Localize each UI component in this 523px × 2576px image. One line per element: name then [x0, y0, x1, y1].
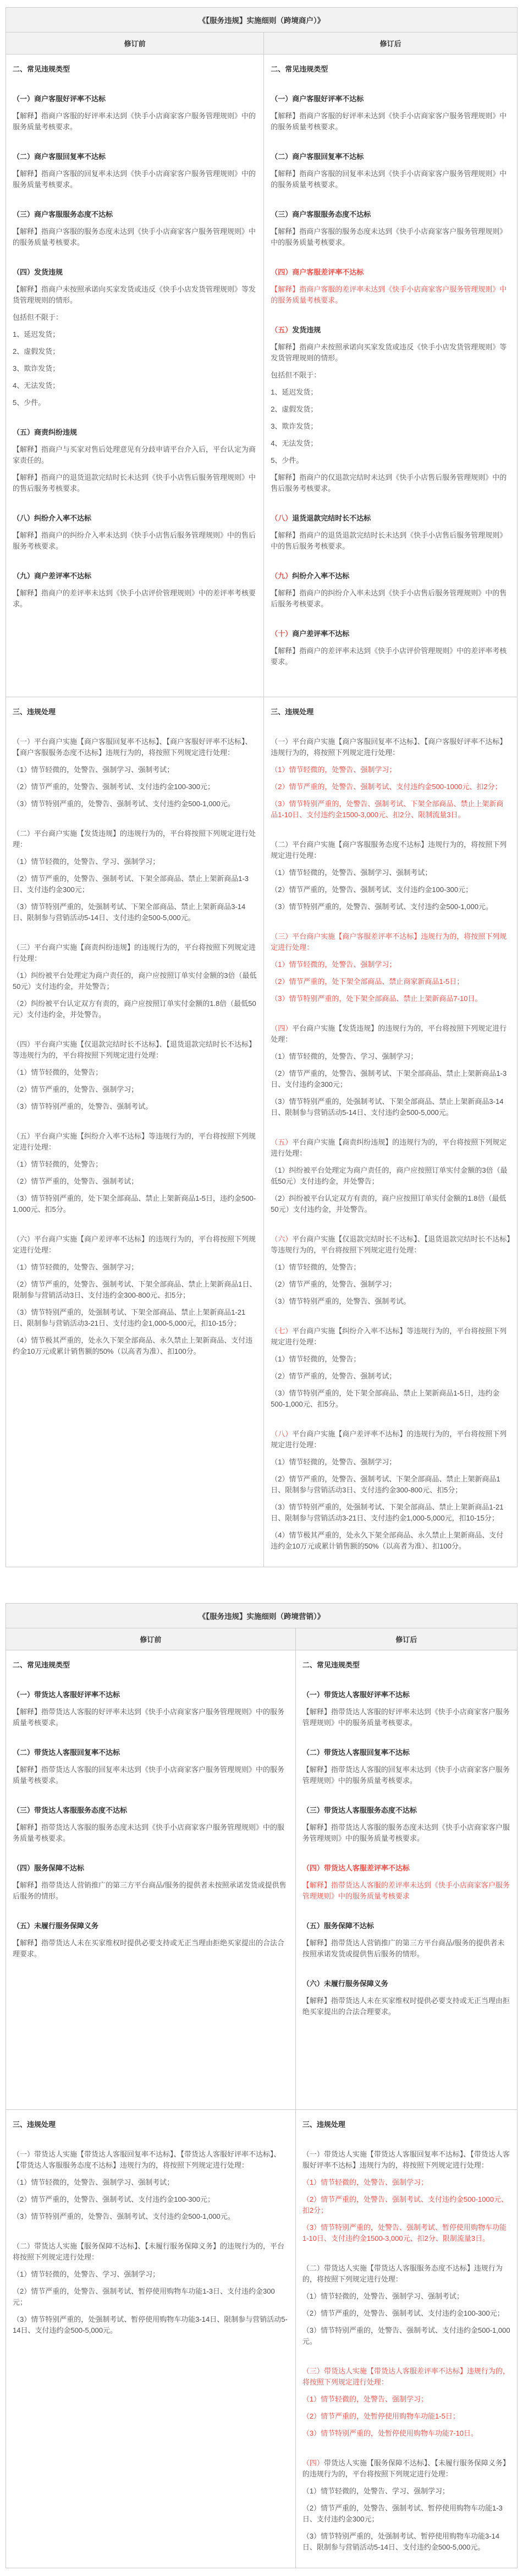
rule-paragraph: 【解释】指带货达人客服的服务态度未达到《快手小店商家客户服务管理规则》中的服务质…: [302, 1822, 510, 1844]
text-run: （2）情节严重的，处警告、强制考试、支付违约金500-1000元、扣2分；: [302, 2195, 508, 2214]
rule-paragraph: （2）情节严重的，处警告、强制考试、暂停使用购物车功能1-3日、支付违约金300…: [302, 2503, 510, 2525]
text-run: （4）情节极其严重的，处永久下架全部商品、永久禁止上架新商品、支付违约金10万元…: [271, 1531, 503, 1550]
rule-paragraph: （2）情节严重的，处暂停使用购物车功能1-5日；: [302, 2411, 510, 2422]
text-run: 2、虚假发货；: [13, 347, 59, 356]
rule-heading: 二、常见违规类型: [13, 64, 257, 75]
text-run: （2）情节严重的，处下架全部商品、禁止商家新商品1-5日；: [271, 977, 464, 986]
rule-paragraph: （2）情节严重的，处警告、强制考试、下架全部商品、禁止上架新商品1日、限制参与营…: [13, 1279, 257, 1301]
text-run: （四）商户客服差评率不达标: [271, 268, 364, 276]
rule-paragraph: （二）平台商户实施【发货违规】的违规行为的，平台将按照下列规定进行处理：: [13, 828, 257, 850]
rule-paragraph: （2）情节严重的，处警告、强制考试；: [271, 1371, 510, 1382]
rule-paragraph: 【解释】指商户的纠纷介入率未达到《快手小店售后服务管理规则》中的售后服务考核要求…: [13, 530, 257, 552]
text-run: （2）情节严重的，处警告、强制考试、暂停使用购物车功能1-3日、支付违约金300…: [13, 2287, 275, 2306]
rule-heading: （九）纠纷介入率不达标: [271, 571, 510, 582]
rule-heading: （四）服务保障不达标: [13, 1863, 289, 1874]
text-run: 二、常见违规类型: [13, 1661, 70, 1669]
text-run: 【解释】指商户的差评率未达到《快手小店评价管理规则》中的差评率考核要求。: [271, 647, 507, 666]
rule-paragraph: （二）带货达人实施【服务保障不达标】、【未履行服务保障义务】的违规行为的，平台将…: [13, 2241, 289, 2263]
text-run: （3）情节特别严重的，处下架全部商品、禁止上架新商品1-5日，违约金500-1,…: [271, 1389, 499, 1408]
rule-paragraph: （1）情节轻微的，处警告、强制学习；: [271, 959, 510, 970]
text-run: 【解释】指商户客服的好评率未达到《快手小店商家客户服务管理规则》中的服务质量考核…: [13, 112, 256, 131]
rule-paragraph: 【解释】指带货达人客服的差评率未达到《快手小店商家客户服务管理规则》中的服务质量…: [302, 1880, 510, 1902]
rule-paragraph: （1）情节轻微的，处警告、强制学习；: [302, 2394, 510, 2405]
text-run: （五）平台商户实施【纠纷介入率不达标】等违规行为的，平台将按照下列规定进行处理：: [13, 1132, 256, 1151]
rule-paragraph: （3）情节特别严重的，处暂停使用购物车功能7-10日。: [302, 2428, 510, 2439]
text-run: 【解释】指商户客服的回复率未达到《快手小店商家客户服务管理规则》中的服务质量考核…: [13, 169, 256, 189]
text-run: （3）情节特别严重的，处警告、强制考试、支付违约金500-1,000元。: [13, 2212, 235, 2220]
rule-paragraph: （一）带货达人实施【带货达人客服回复率不达标】、【带货达人客服好评率不达标】违规…: [302, 2149, 510, 2171]
rule-paragraph: （六）平台商户实施【仅退款完结时长不达标】、【退货退款完结时长不达标】等违规行为…: [271, 1234, 510, 1256]
text-run: 包括但不限于：: [13, 313, 63, 321]
before-cell: 三、违规处理（一）带货达人实施【带货达人客服回复率不达标】、【带货达人客服好评率…: [6, 2110, 295, 2568]
text-run: 二、常见违规类型: [271, 65, 328, 73]
before-cell: 三、违规处理（一）平台商户实施【商户客服回复率不达标】、【商户客服好评率不达标】…: [6, 697, 263, 1567]
revision-table-cross-border-marketing: 《【服务违规】实施细则（跨境营销）》 修订前 修订后 二、常见违规类型（一）带货…: [5, 1603, 518, 2568]
rule-paragraph: （2）情节严重的，处警告、强制考试、下架全部商品、禁止上架新商品1-3日、支付违…: [13, 873, 257, 895]
text-run: （四）带货达人客服差评率不达标: [302, 1864, 410, 1872]
text-run: （八）: [271, 1430, 292, 1438]
rule-paragraph: （2）情节严重的，处警告、强制考试、支付违约金500-1000元、扣2分；: [271, 781, 510, 792]
rule-heading: （六）未履行服务保障义务: [302, 1978, 510, 1989]
rule-heading: （三）商户客服服务态度不达标: [13, 209, 257, 220]
rule-paragraph: （2）纠纷被平台认定双方有责的，商户应按照订单实付金额的1.8倍（最低50元）支…: [13, 998, 257, 1020]
rule-paragraph: （3）情节特别严重的，处强制考试、暂停使用购物车功能3-14日、限制参与营销活动…: [302, 2531, 510, 2553]
rule-heading: （五）未履行服务保障义务: [13, 1921, 289, 1932]
after-cell: 二、常见违规类型（一）带货达人客服好评率不达标【解释】指带货达人客服的好评率未达…: [295, 1650, 517, 2109]
text-run: （1）情节轻微的，处警告、强制学习、强制考试；: [271, 868, 432, 877]
text-run: （2）情节严重的，处警告、强制考试、下架全部商品、禁止上架新商品1-3日、支付违…: [271, 1069, 507, 1089]
rule-paragraph: 【解释】指带货达人客服的好评率未达到《快手小店商家客户服务管理规则》中的服务质量…: [13, 1707, 289, 1729]
rule-paragraph: （3）情节特别严重的，处警告、强制考试、下架全部商品、禁止上架新商品1-10日、…: [271, 798, 510, 821]
text-run: （九）: [271, 572, 292, 580]
text-run: 【解释】指带货达人未在买家维权时提供必要支持或无正当理由拒绝买家提出的合法合理要…: [13, 1939, 284, 1958]
text-run: 【解释】指带货达人营销推广的第三方平台商品/服务的提供者未按照承诺发货或提供售后…: [13, 1881, 287, 1900]
rule-heading: （十）商户差评率不达标: [271, 628, 510, 639]
text-run: （十）: [271, 630, 292, 638]
rule-paragraph: （3）情节特别严重的，处警告、强制考试。: [271, 1296, 510, 1307]
rule-paragraph: （六）平台商户实施【商户差评率不达标】的违规行为的，平台将按照下列规定进行处理：: [13, 1234, 257, 1256]
rule-paragraph: 【解释】指带货达人客服的回复率未达到《快手小店商家客户服务管理规则》中的服务质量…: [13, 1764, 289, 1786]
rule-paragraph: 4、无法发货；: [13, 380, 257, 391]
rule-paragraph: （2）情节严重的，处警告、强制考试；: [13, 1176, 257, 1187]
text-run: 平台商户实施【商责纠纷违规】的违规行为的，平台将按照下列规定进行处理：: [271, 1138, 507, 1157]
rule-paragraph: （4）情节极其严重的，处永久下架全部商品、永久禁止上架新商品、支付违约金10万元…: [271, 1530, 510, 1552]
text-run: （三）商户客服服务态度不达标: [13, 210, 113, 218]
rule-paragraph: （五）平台商户实施【商责纠纷违规】的违规行为的，平台将按照下列规定进行处理：: [271, 1137, 510, 1159]
rule-paragraph: （3）情节特别严重的，处下架全部商品、禁止上架新商品1-5日，违约金500-1,…: [271, 1388, 510, 1410]
rule-paragraph: 2、虚假发货；: [271, 404, 510, 415]
text-run: （三）带货达人客服服务态度不达标: [302, 1806, 417, 1814]
rule-paragraph: （1）纠纷被平台处理定为商户责任的，商户应按照订单实付金额的3倍（最低50元）支…: [13, 970, 257, 992]
rule-paragraph: （1）情节轻微的，处警告；: [13, 1067, 257, 1078]
text-run: （1）情节轻微的，处警告、强制学习；: [271, 1458, 396, 1466]
text-run: （二）平台商户实施【商户客服服务态度不达标】违规行为的，将按照下列规定进行处理：: [271, 840, 507, 860]
text-run: 纠纷介入率不达标: [292, 572, 349, 580]
text-run: （3）情节特别严重的，处警告、强制考试、暂停使用购物车功能1-10日、支付违约金…: [302, 2223, 507, 2243]
rule-paragraph: 【解释】指商户客服的好评率未达到《快手小店商家客户服务管理规则》中的服务质量考核…: [13, 111, 257, 133]
text-run: 发货违规: [292, 326, 321, 334]
text-run: （四）发货违规: [13, 268, 63, 276]
rule-paragraph: （2）情节严重的，处警告、强制学习；: [13, 1084, 257, 1095]
text-run: （3）情节特别严重的，处强制考试、暂停使用购物车功能3-14日、限制参与营销活动…: [13, 2315, 288, 2334]
rule-paragraph: 【解释】指商户未按照承诺向买家发货或违反《快手小店发货管理规则》等发货管理规则的…: [271, 342, 510, 364]
text-run: 带货达人实施【服务保障不达标】、【未履行服务保障义务】的违规行为的，平台将按照下…: [302, 2459, 510, 2478]
rule-paragraph: 【解释】指商户的差评率未达到《快手小店评价管理规则》中的差评率考核要求。: [13, 588, 257, 610]
rule-paragraph: （2）情节严重的，处警告、强制考试、支付违约金100-300元；: [302, 2308, 510, 2319]
text-run: （2）情节严重的，处警告、强制学习；: [13, 1085, 138, 1093]
rule-paragraph: （1）情节轻微的，处警告；: [271, 1262, 510, 1273]
rule-paragraph: （3）情节特别严重的，处警告、强制考试、支付违约金500-1,000元。: [271, 901, 510, 912]
text-run: 【解释】指商户客服的回复率未达到《快手小店商家客户服务管理规则》中的服务质量考核…: [271, 169, 507, 189]
rule-paragraph: （2）情节严重的，处警告、强制考试、支付违约金500-1000元、扣2分；: [302, 2194, 510, 2216]
rule-paragraph: （1）情节轻微的，处警告；: [271, 1354, 510, 1365]
rule-paragraph: 【解释】指商户客服的回复率未达到《快手小店商家客户服务管理规则》中的服务质量考核…: [271, 168, 510, 190]
text-run: （七）: [271, 1327, 292, 1335]
after-cell: 三、违规处理（一）带货达人实施【带货达人客服回复率不达标】、【带货达人客服好评率…: [295, 2110, 517, 2568]
column-header-after: 修订后: [295, 1628, 517, 1650]
text-run: （四）: [271, 1024, 292, 1032]
text-run: 【解释】指带货达人营销推广的第三方平台商品/服务的提供者未按照承诺发货或提供售后…: [302, 1939, 505, 1958]
text-run: （二）带货达人客服回复率不达标: [13, 1748, 120, 1757]
text-run: （八）: [271, 514, 292, 522]
text-run: 【解释】指带货达人客服的回复率未达到《快手小店商家客户服务管理规则》中的服务质量…: [13, 1765, 284, 1785]
rule-paragraph: （三）平台商户实施【商责纠纷违规】的违规行为的，平台将按照下列规定进行处理：: [13, 942, 257, 964]
text-run: 【解释】指商户客服的服务态度未达到《快手小店商家客户服务管理规则》中的服务质量考…: [13, 227, 256, 247]
before-cell: 二、常见违规类型（一）商户客服好评率不达标【解释】指商户客服的好评率未达到《快手…: [6, 54, 263, 697]
rule-heading: （三）商户客服服务态度不达标: [271, 209, 510, 220]
table-title: 《【服务违规】实施细则（跨境营销）》: [6, 1604, 517, 1628]
rule-paragraph: （3）情节特别严重的，处警告、强制考试、支付违约金500-1,000元。: [302, 2325, 510, 2347]
rule-paragraph: （1）情节轻微的，处警告、学习、强制学习；: [271, 1051, 510, 1062]
text-run: 商户差评率不达标: [292, 630, 349, 638]
text-run: （1）情节轻微的，处警告；: [13, 1068, 102, 1076]
rule-paragraph: 2、虚假发货；: [13, 346, 257, 357]
text-run: 1、延迟发货；: [271, 388, 317, 396]
rule-paragraph: 【解释】指商户的退货退款完结时长未达到《快手小店售后服务管理规则》中的售后服务考…: [271, 530, 510, 552]
rule-paragraph: 【解释】指带货达人客服的服务态度未达到《快手小店商家客户服务管理规则》中的服务质…: [13, 1822, 289, 1844]
rule-heading: 三、违规处理: [302, 2119, 510, 2130]
rule-paragraph: 【解释】指商户客服的回复率未达到《快手小店商家客户服务管理规则》中的服务质量考核…: [13, 168, 257, 190]
column-header-before: 修订前: [6, 1628, 295, 1650]
rule-paragraph: （2）纠纷被平台认定双方有责的，商户应按照订单实付金额的1.8倍（最低50元）支…: [271, 1193, 510, 1215]
text-run: 平台商户实施【发货违规】的违规行为的，平台将按照下列规定进行处理：: [271, 1024, 507, 1043]
text-run: （一）商户客服好评率不达标: [13, 95, 106, 103]
table-title: 《【服务违规】实施细则（跨境商户）》: [6, 8, 517, 32]
rule-heading: （八）纠纷介入率不达标: [13, 513, 257, 524]
text-run: 【解释】指商户的差评率未达到《快手小店评价管理规则》中的差评率考核要求。: [13, 589, 256, 608]
rule-paragraph: （2）情节严重的，处警告、强制考试、支付违约金100-300元；: [271, 884, 510, 895]
text-run: （1）情节轻微的，处警告、学习、强制学习；: [302, 2487, 449, 2495]
rule-paragraph: （八）平台商户实施【商户差评率不达标】的违规行为的，平台将按照下列规定进行处理：: [271, 1429, 510, 1451]
text-run: （1）情节轻微的，处警告、学习、强制学习；: [271, 1052, 417, 1060]
rule-paragraph: （3）情节特别严重的，处下架全部商品、禁止上架新商品1-5日，违约金500-1,…: [13, 1193, 257, 1215]
text-run: 退货退款完结时长不达标: [292, 514, 371, 522]
rule-paragraph: （2）情节严重的，处警告、强制学习；: [271, 1279, 510, 1290]
before-cell: 二、常见违规类型（一）带货达人客服好评率不达标【解释】指带货达人客服的好评率未达…: [6, 1650, 295, 2109]
rule-heading: （一）商户客服好评率不达标: [13, 94, 257, 105]
rule-paragraph: 1、延迟发货；: [13, 329, 257, 340]
text-run: （3）情节特别严重的，处警告、强制考试、支付违约金500-1,000元。: [271, 903, 493, 911]
table-header-row: 修订前 修订后: [6, 32, 517, 54]
section-row-violation-types: 二、常见违规类型（一）带货达人客服好评率不达标【解释】指带货达人客服的好评率未达…: [6, 1650, 517, 2109]
rule-paragraph: 4、无法发货；: [271, 438, 510, 449]
text-run: 3、欺诈发货；: [13, 364, 59, 373]
section-row-violation-handling: 三、违规处理（一）带货达人实施【带货达人客服回复率不达标】、【带货达人客服好评率…: [6, 2109, 517, 2568]
text-run: （3）情节特别严重的，处下架全部商品、禁止上架新商品7-10日。: [271, 994, 482, 1003]
text-run: （2）情节严重的，处警告、强制考试；: [13, 1177, 138, 1185]
text-run: 1、延迟发货；: [13, 330, 59, 338]
rule-paragraph: 【解释】指商户的差评率未达到《快手小店评价管理规则》中的差评率考核要求。: [271, 646, 510, 668]
text-run: （二）商户客服回复率不达标: [13, 152, 106, 161]
rule-paragraph: 【解释】指带货达人营销推广的第三方平台商品/服务的提供者未按照承诺发货或提供售后…: [302, 1938, 510, 1960]
text-run: 二、常见违规类型: [13, 65, 70, 73]
text-run: 【解释】指商户客服的好评率未达到《快手小店商家客户服务管理规则》中的服务质量考核…: [271, 112, 507, 131]
rule-paragraph: （3）情节特别严重的，处强制考试、下架全部商品、禁止上架新商品3-14日、限制参…: [13, 901, 257, 923]
rule-paragraph: 5、少件。: [271, 455, 510, 466]
rule-paragraph: （3）情节特别严重的，处警告、强制考试。: [13, 1101, 257, 1112]
text-run: （3）情节特别严重的，处强制考试、下架全部商品、禁止上架新商品1-21日、限制参…: [13, 1308, 245, 1327]
rule-paragraph: （1）情节轻微的，处警告、学习、强制学习；: [302, 2486, 510, 2497]
text-run: 【解释】指带货达人客服的好评率未达到《快手小店商家客户服务管理规则》中的服务质量…: [302, 1708, 510, 1727]
rule-heading: 二、常见违规类型: [302, 1660, 510, 1671]
rule-paragraph: （3）情节特别严重的，处下架全部商品、禁止上架新商品7-10日。: [271, 993, 510, 1004]
text-run: （3）情节特别严重的，处警告、强制考试。: [271, 1297, 410, 1305]
text-run: 【解释】指带货达人客服的服务态度未达到《快手小店商家客户服务管理规则》中的服务质…: [302, 1823, 510, 1842]
text-run: 【解释】指商户的退货退款完结时长未达到《快手小店售后服务管理规则》中的售后服务考…: [271, 531, 507, 550]
text-run: （4）情节极其严重的，处永久下架全部商品、永久禁止上架新商品、支付违约金10万元…: [13, 1336, 252, 1355]
text-run: （2）情节严重的，处警告、强制考试、暂停使用购物车功能1-3日、支付违约金300…: [302, 2504, 503, 2523]
text-run: （2）情节严重的，处警告、强制考试、下架全部商品、禁止上架新商品1日、限制参与营…: [13, 1280, 256, 1299]
rule-paragraph: （3）情节特别严重的，处强制考试、暂停使用购物车功能3-14日、限制参与营销活动…: [13, 2314, 289, 2336]
rule-heading: （二）带货达人客服回复率不达标: [302, 1747, 510, 1758]
rule-paragraph: 【解释】指商户客服的服务态度未达到《快手小店商家客户服务管理规则》中的服务质量考…: [13, 226, 257, 248]
rule-paragraph: （2）情节严重的，处下架全部商品、禁止商家新商品1-5日；: [271, 976, 510, 987]
text-run: 【解释】指带货达人客服的好评率未达到《快手小店商家客户服务管理规则》中的服务质量…: [13, 1708, 284, 1727]
rule-paragraph: 1、延迟发货；: [271, 387, 510, 398]
text-run: （五）未履行服务保障义务: [13, 1922, 98, 1930]
text-run: （1）情节轻微的，处警告、强制学习、强制考试；: [13, 765, 174, 774]
text-run: （2）情节严重的，处警告、强制考试、支付违约金100-300元；: [13, 783, 214, 791]
rule-paragraph: 【解释】指商户客服的差评率未达到《快手小店商家客户服务管理规则》中的服务质量考核…: [271, 284, 510, 306]
rule-heading: 二、常见违规类型: [13, 1660, 289, 1671]
text-run: （1）情节轻微的，处警告、学习、强制学习；: [13, 2270, 159, 2278]
rule-heading: （八）退货退款完结时长不达标: [271, 513, 510, 524]
text-run: （九）商户差评率不达标: [13, 572, 91, 580]
text-run: （一）平台商户实施【商户客服回复率不达标】、【商户客服好评率不达标】、【商户客服…: [13, 737, 252, 757]
text-run: （2）情节严重的，处警告、强制考试、支付违约金500-1000元、扣2分；: [271, 783, 502, 791]
text-run: （2）情节严重的，处警告、强制考试、下架全部商品、禁止上架新商品1-3日、支付违…: [13, 874, 249, 894]
text-run: 【解释】指商户的退货退款完结时长未达到《快手小店售后服务管理规则》中的售后服务考…: [13, 473, 256, 493]
text-run: （3）情节特别严重的，处警告、强制考试。: [13, 1102, 152, 1111]
column-header-before: 修订前: [6, 32, 263, 54]
rule-paragraph: （1）情节轻微的，处警告、学习、强制学习；: [13, 2269, 289, 2280]
rule-paragraph: （七）平台商户实施【纠纷介入率不达标】等违规行为的，平台将按照下列规定进行处理：: [271, 1326, 510, 1348]
text-run: （3）情节特别严重的，处强制考试、下架全部商品、禁止上架新商品3-14日、限制参…: [13, 903, 245, 922]
rule-paragraph: 【解释】指商户的纠纷介入率未达到《快手小店售后服务管理规则》中的售后服务考核要求…: [271, 588, 510, 610]
rule-heading: （三）带货达人客服服务态度不达标: [13, 1805, 289, 1816]
text-run: （1）情节轻微的，处警告；: [271, 1263, 360, 1271]
text-run: （三）平台商户实施【商户客服差评率不达标】违规行为的，将按照下列规定进行处理：: [271, 932, 507, 951]
text-run: 【解释】指商户的纠纷介入率未达到《快手小店售后服务管理规则》中的售后服务考核要求…: [13, 531, 256, 550]
text-run: （三）带货达人客服服务态度不达标: [13, 1806, 127, 1814]
rule-paragraph: （1）情节轻微的，处警告、强制学习；: [271, 1457, 510, 1468]
rules-revision-page: 《【服务违规】实施细则（跨境商户）》 修订前 修订后 二、常见违规类型（一）商户…: [0, 0, 523, 2576]
rule-paragraph: （二）平台商户实施【商户客服服务态度不达标】违规行为的，将按照下列规定进行处理：: [271, 839, 510, 861]
text-run: （3）情节特别严重的，处警告、强制考试、下架全部商品、禁止上架新商品1-10日、…: [271, 800, 503, 819]
rule-paragraph: （1）情节轻微的，处警告、强制学习；: [271, 764, 510, 775]
text-run: （1）情节轻微的，处警告、强制学习、强制考试；: [302, 2292, 464, 2300]
text-run: 5、少件。: [13, 398, 45, 407]
rule-heading: （二）带货达人客服回复率不达标: [13, 1747, 289, 1758]
text-run: （3）情节特别严重的，处警告、强制考试、支付违约金500-1,000元。: [302, 2326, 510, 2345]
rule-paragraph: （3）情节特别严重的，处强制考试、下架全部商品、禁止上架新商品1-21日、限制参…: [13, 1307, 257, 1329]
rule-paragraph: 【解释】指商户的仅退款完结时未达到《快手小店售后服务管理规则》中的售后服务考核要…: [271, 472, 510, 494]
rule-paragraph: （2）情节严重的，处警告、强制考试、下架全部商品、禁止上架新商品1-3日、支付违…: [271, 1068, 510, 1090]
text-run: （3）情节特别严重的，处强制考试、下架全部商品、禁止上架新商品1-21日、限制参…: [271, 1503, 503, 1522]
text-run: 三、违规处理: [13, 2120, 56, 2129]
text-run: 2、虚假发货；: [271, 405, 317, 413]
text-run: 【解释】指商户未按照承诺向买家发货或违反《快手小店发货管理规则》等发货管理规则的…: [271, 343, 507, 362]
text-run: （一）带货达人客服好评率不达标: [302, 1691, 410, 1699]
rule-paragraph: 【解释】指商户未按照承诺向买家发货或违反《快手小店发货管理规则》等发货管理规则的…: [13, 284, 257, 306]
text-run: （四）平台商户实施【仅退款完结时长不达标】、【退货退款完结时长不达标】等违规行为…: [13, 1040, 256, 1059]
text-run: （五）: [271, 326, 292, 334]
rule-paragraph: （一）平台商户实施【商户客服回复率不达标】、【商户客服好评率不达标】、【商户客服…: [13, 736, 257, 758]
text-run: （1）情节轻微的，处警告、强制学习；: [13, 1263, 138, 1271]
rule-paragraph: 【解释】指商户与买家对售后处理意见有分歧申请平台介入后，平台认定为商家责任的。: [13, 444, 257, 466]
text-run: 【解释】指商户的仅退款完结时未达到《快手小店售后服务管理规则》中的售后服务考核要…: [271, 473, 507, 493]
text-run: 平台商户实施【纠纷介入率不达标】等违规行为的，平台将按照下列规定进行处理：: [271, 1327, 507, 1346]
revision-table-cross-border-merchant: 《【服务违规】实施细则（跨境商户）》 修订前 修订后 二、常见违规类型（一）商户…: [5, 7, 518, 1567]
text-run: （六）: [271, 1235, 292, 1243]
text-run: （1）情节轻微的，处警告、强制学习；: [271, 960, 396, 969]
rule-paragraph: （3）情节特别严重的，处强制考试、下架全部商品、禁止上架新商品1-21日、限制参…: [271, 1502, 510, 1524]
rule-paragraph: （四）平台商户实施【发货违规】的违规行为的，平台将按照下列规定进行处理：: [271, 1023, 510, 1045]
text-run: 【解释】指带货达人客服的服务态度未达到《快手小店商家客户服务管理规则》中的服务质…: [13, 1823, 284, 1842]
text-run: 【解释】指商户客服的差评率未达到《快手小店商家客户服务管理规则》中的服务质量考核…: [271, 285, 507, 304]
text-run: （3）情节特别严重的，处警告、强制考试、支付违约金500-1,000元。: [13, 800, 235, 808]
text-run: （3）情节特别严重的，处下架全部商品、禁止上架新商品1-5日，违约金500-1,…: [13, 1194, 256, 1213]
rule-paragraph: （2）情节严重的，处警告、强制考试、支付违约金100-300元；: [13, 781, 257, 792]
rule-heading: （二）商户客服回复率不达标: [271, 151, 510, 162]
rule-paragraph: 【解释】指带货达人客服的回复率未达到《快手小店商家客户服务管理规则》中的服务质量…: [302, 1764, 510, 1786]
text-run: （2）情节严重的，处警告、强制考试、下架全部商品、禁止上架新商品1日、限制参与营…: [271, 1475, 500, 1494]
text-run: （四）服务保障不达标: [13, 1864, 84, 1872]
rule-paragraph: （一）平台商户实施【商户客服回复率不达标】、【商户客服好评率不达标】违规行为的，…: [271, 736, 510, 758]
text-run: （一）平台商户实施【商户客服回复率不达标】、【商户客服好评率不达标】违规行为的，…: [271, 737, 507, 757]
text-run: （二）带货达人客服回复率不达标: [302, 1748, 410, 1757]
text-run: 5、少件。: [271, 456, 303, 464]
text-run: （二）带货达人实施【服务保障不达标】、【未履行服务保障义务】的违规行为的，平台将…: [13, 2242, 284, 2261]
rule-paragraph: （四）平台商户实施【仅退款完结时长不达标】、【退货退款完结时长不达标】等违规行为…: [13, 1039, 257, 1061]
rule-paragraph: （一）带货达人实施【带货达人客服回复率不达标】、【带货达人客服好评率不达标】、【…: [13, 2149, 289, 2171]
rule-paragraph: 5、少件。: [13, 397, 257, 408]
text-run: （一）带货达人实施【带货达人客服回复率不达标】、【带货达人客服好评率不达标】违规…: [302, 2150, 510, 2169]
text-run: 【解释】指带货达人客服的差评率未达到《快手小店商家客户服务管理规则》中的服务质量…: [302, 1881, 510, 1900]
text-run: （六）未履行服务保障义务: [302, 1979, 388, 1988]
table-header-row: 修订前 修订后: [6, 1628, 517, 1650]
text-run: 3、欺诈发货；: [271, 422, 317, 430]
text-run: （2）情节严重的，处暂停使用购物车功能1-5日；: [302, 2412, 460, 2420]
text-run: （一）商户客服好评率不达标: [271, 95, 364, 103]
text-run: （2）情节严重的，处警告、强制考试、支付违约金100-300元；: [13, 2195, 214, 2203]
rule-paragraph: （三）带货达人实施【带货达人客服差评率不达标】违规行为的，将按照下列规定进行处理…: [302, 2366, 510, 2388]
rule-paragraph: （二）带货达人实施【带货达人客服服务态度不达标】违规行为的，将按照下列规定进行处…: [302, 2263, 510, 2285]
rule-paragraph: （4）情节极其严重的，处永久下架全部商品、永久禁止上架新商品、支付违约金10万元…: [13, 1335, 257, 1357]
text-run: （一）带货达人客服好评率不达标: [13, 1691, 120, 1699]
text-run: 平台商户实施【商户差评率不达标】的违规行为的，平台将按照下列规定进行处理：: [271, 1430, 507, 1449]
rule-paragraph: 包括但不限于：: [271, 370, 510, 381]
rule-paragraph: 【解释】指商户客服的服务态度未达到《快手小店商家客户服务管理规则》中的服务质量考…: [271, 226, 510, 248]
rule-paragraph: 【解释】指商户客服的好评率未达到《快手小店商家客户服务管理规则》中的服务质量考核…: [271, 111, 510, 133]
rule-paragraph: （五）平台商户实施【纠纷介入率不达标】等违规行为的，平台将按照下列规定进行处理：: [13, 1131, 257, 1153]
text-run: （1）情节轻微的，处警告、强制学习；: [302, 2395, 428, 2403]
text-run: （1）情节轻微的，处警告、强制学习；: [271, 765, 396, 774]
text-run: （五）商责纠纷违规: [13, 428, 77, 436]
rule-paragraph: （1）情节轻微的，处警告；: [13, 1159, 257, 1170]
rule-heading: （九）商户差评率不达标: [13, 571, 257, 582]
text-run: （2）情节严重的，处警告、强制考试、支付违约金100-300元；: [302, 2309, 504, 2317]
rule-paragraph: 3、欺诈发货；: [271, 421, 510, 432]
rule-heading: （一）带货达人客服好评率不达标: [13, 1689, 289, 1700]
text-run: 4、无法发货；: [271, 439, 317, 447]
text-run: 【解释】指商户客服的服务态度未达到《快手小店商家客户服务管理规则》中的服务质量考…: [271, 227, 507, 247]
text-run: 二、常见违规类型: [302, 1661, 360, 1669]
text-run: 【解释】指商户与买家对售后处理意见有分歧申请平台介入后，平台认定为商家责任的。: [13, 445, 256, 464]
text-run: （二）商户客服回复率不达标: [271, 152, 364, 161]
text-run: （2）情节严重的，处警告、强制考试；: [271, 1372, 396, 1380]
rule-paragraph: （1）纠纷被平台处理定为商户责任的，商户应按照订单实付金额的3倍（最低50元）支…: [271, 1165, 510, 1187]
rule-heading: （四）带货达人客服差评率不达标: [302, 1863, 510, 1874]
text-run: 【解释】指带货达人客服的回复率未达到《快手小店商家客户服务管理规则》中的服务质量…: [302, 1765, 510, 1785]
text-run: （3）情节特别严重的，处强制考试、下架全部商品、禁止上架新商品3-14日、限制参…: [271, 1097, 503, 1117]
rule-paragraph: （1）情节轻微的，处警告、强制学习、强制考试；: [271, 867, 510, 878]
text-run: （二）带货达人实施【带货达人客服服务态度不达标】违规行为的，将按照下列规定进行处…: [302, 2264, 503, 2283]
after-cell: 三、违规处理（一）平台商户实施【商户客服回复率不达标】、【商户客服好评率不达标】…: [263, 697, 517, 1567]
rule-paragraph: 【解释】指带货达人未在买家维权时提供必要支持或无正当理由拒绝买家提出的合法合理要…: [302, 1995, 510, 2017]
rule-heading: 三、违规处理: [13, 2119, 289, 2130]
rule-paragraph: （1）情节轻微的，处警告、学习、强制学习；: [13, 856, 257, 867]
rule-paragraph: 【解释】指带货达人营销推广的第三方平台商品/服务的提供者未按照承诺发货或提供售后…: [13, 1880, 289, 1902]
text-run: （三）带货达人实施【带货达人客服差评率不达标】违规行为的，将按照下列规定进行处理…: [302, 2367, 510, 2386]
text-run: 三、违规处理: [271, 708, 313, 716]
text-run: （二）平台商户实施【发货违规】的违规行为的，平台将按照下列规定进行处理：: [13, 829, 256, 849]
rule-paragraph: 包括但不限于：: [13, 312, 257, 323]
text-run: 4、无法发货；: [13, 381, 59, 390]
rule-paragraph: （1）情节轻微的，处警告、强制学习、强制考试；: [13, 764, 257, 775]
text-run: （2）情节严重的，处警告、强制考试、支付违约金100-300元；: [271, 885, 472, 894]
text-run: （1）情节轻微的，处警告、强制学习；: [302, 2178, 428, 2186]
text-run: （六）平台商户实施【商户差评率不达标】的违规行为的，平台将按照下列规定进行处理：: [13, 1235, 256, 1254]
rule-paragraph: （1）情节轻微的，处警告、强制学习、强制考试；: [13, 2177, 289, 2188]
rule-heading: （四）发货违规: [13, 267, 257, 278]
rule-heading: （四）商户客服差评率不达标: [271, 267, 510, 278]
rule-heading: （五）发货违规: [271, 325, 510, 336]
rule-paragraph: （1）情节轻微的，处警告、强制学习；: [13, 1262, 257, 1273]
text-run: （八）纠纷介入率不达标: [13, 514, 91, 522]
rule-heading: （五）服务保障不达标: [302, 1921, 510, 1932]
text-run: （2）情节严重的，处警告、强制学习；: [271, 1280, 396, 1288]
rule-heading: （二）商户客服回复率不达标: [13, 151, 257, 162]
text-run: （2）纠纷被平台认定双方有责的，商户应按照订单实付金额的1.8倍（最低50元）支…: [271, 1194, 506, 1213]
text-run: （三）平台商户实施【商责纠纷违规】的违规行为的，平台将按照下列规定进行处理：: [13, 943, 256, 962]
rule-paragraph: （2）情节严重的，处警告、强制考试、下架全部商品、禁止上架新商品1日、限制参与营…: [271, 1474, 510, 1496]
rule-heading: 二、常见违规类型: [271, 64, 510, 75]
text-run: 平台商户实施【仅退款完结时长不达标】、【退货退款完结时长不达标】等违规行为的，平…: [271, 1235, 510, 1254]
rule-heading: （一）商户客服好评率不达标: [271, 94, 510, 105]
text-run: （1）情节轻微的，处警告；: [271, 1355, 360, 1363]
rule-heading: （五）商责纠纷违规: [13, 427, 257, 438]
